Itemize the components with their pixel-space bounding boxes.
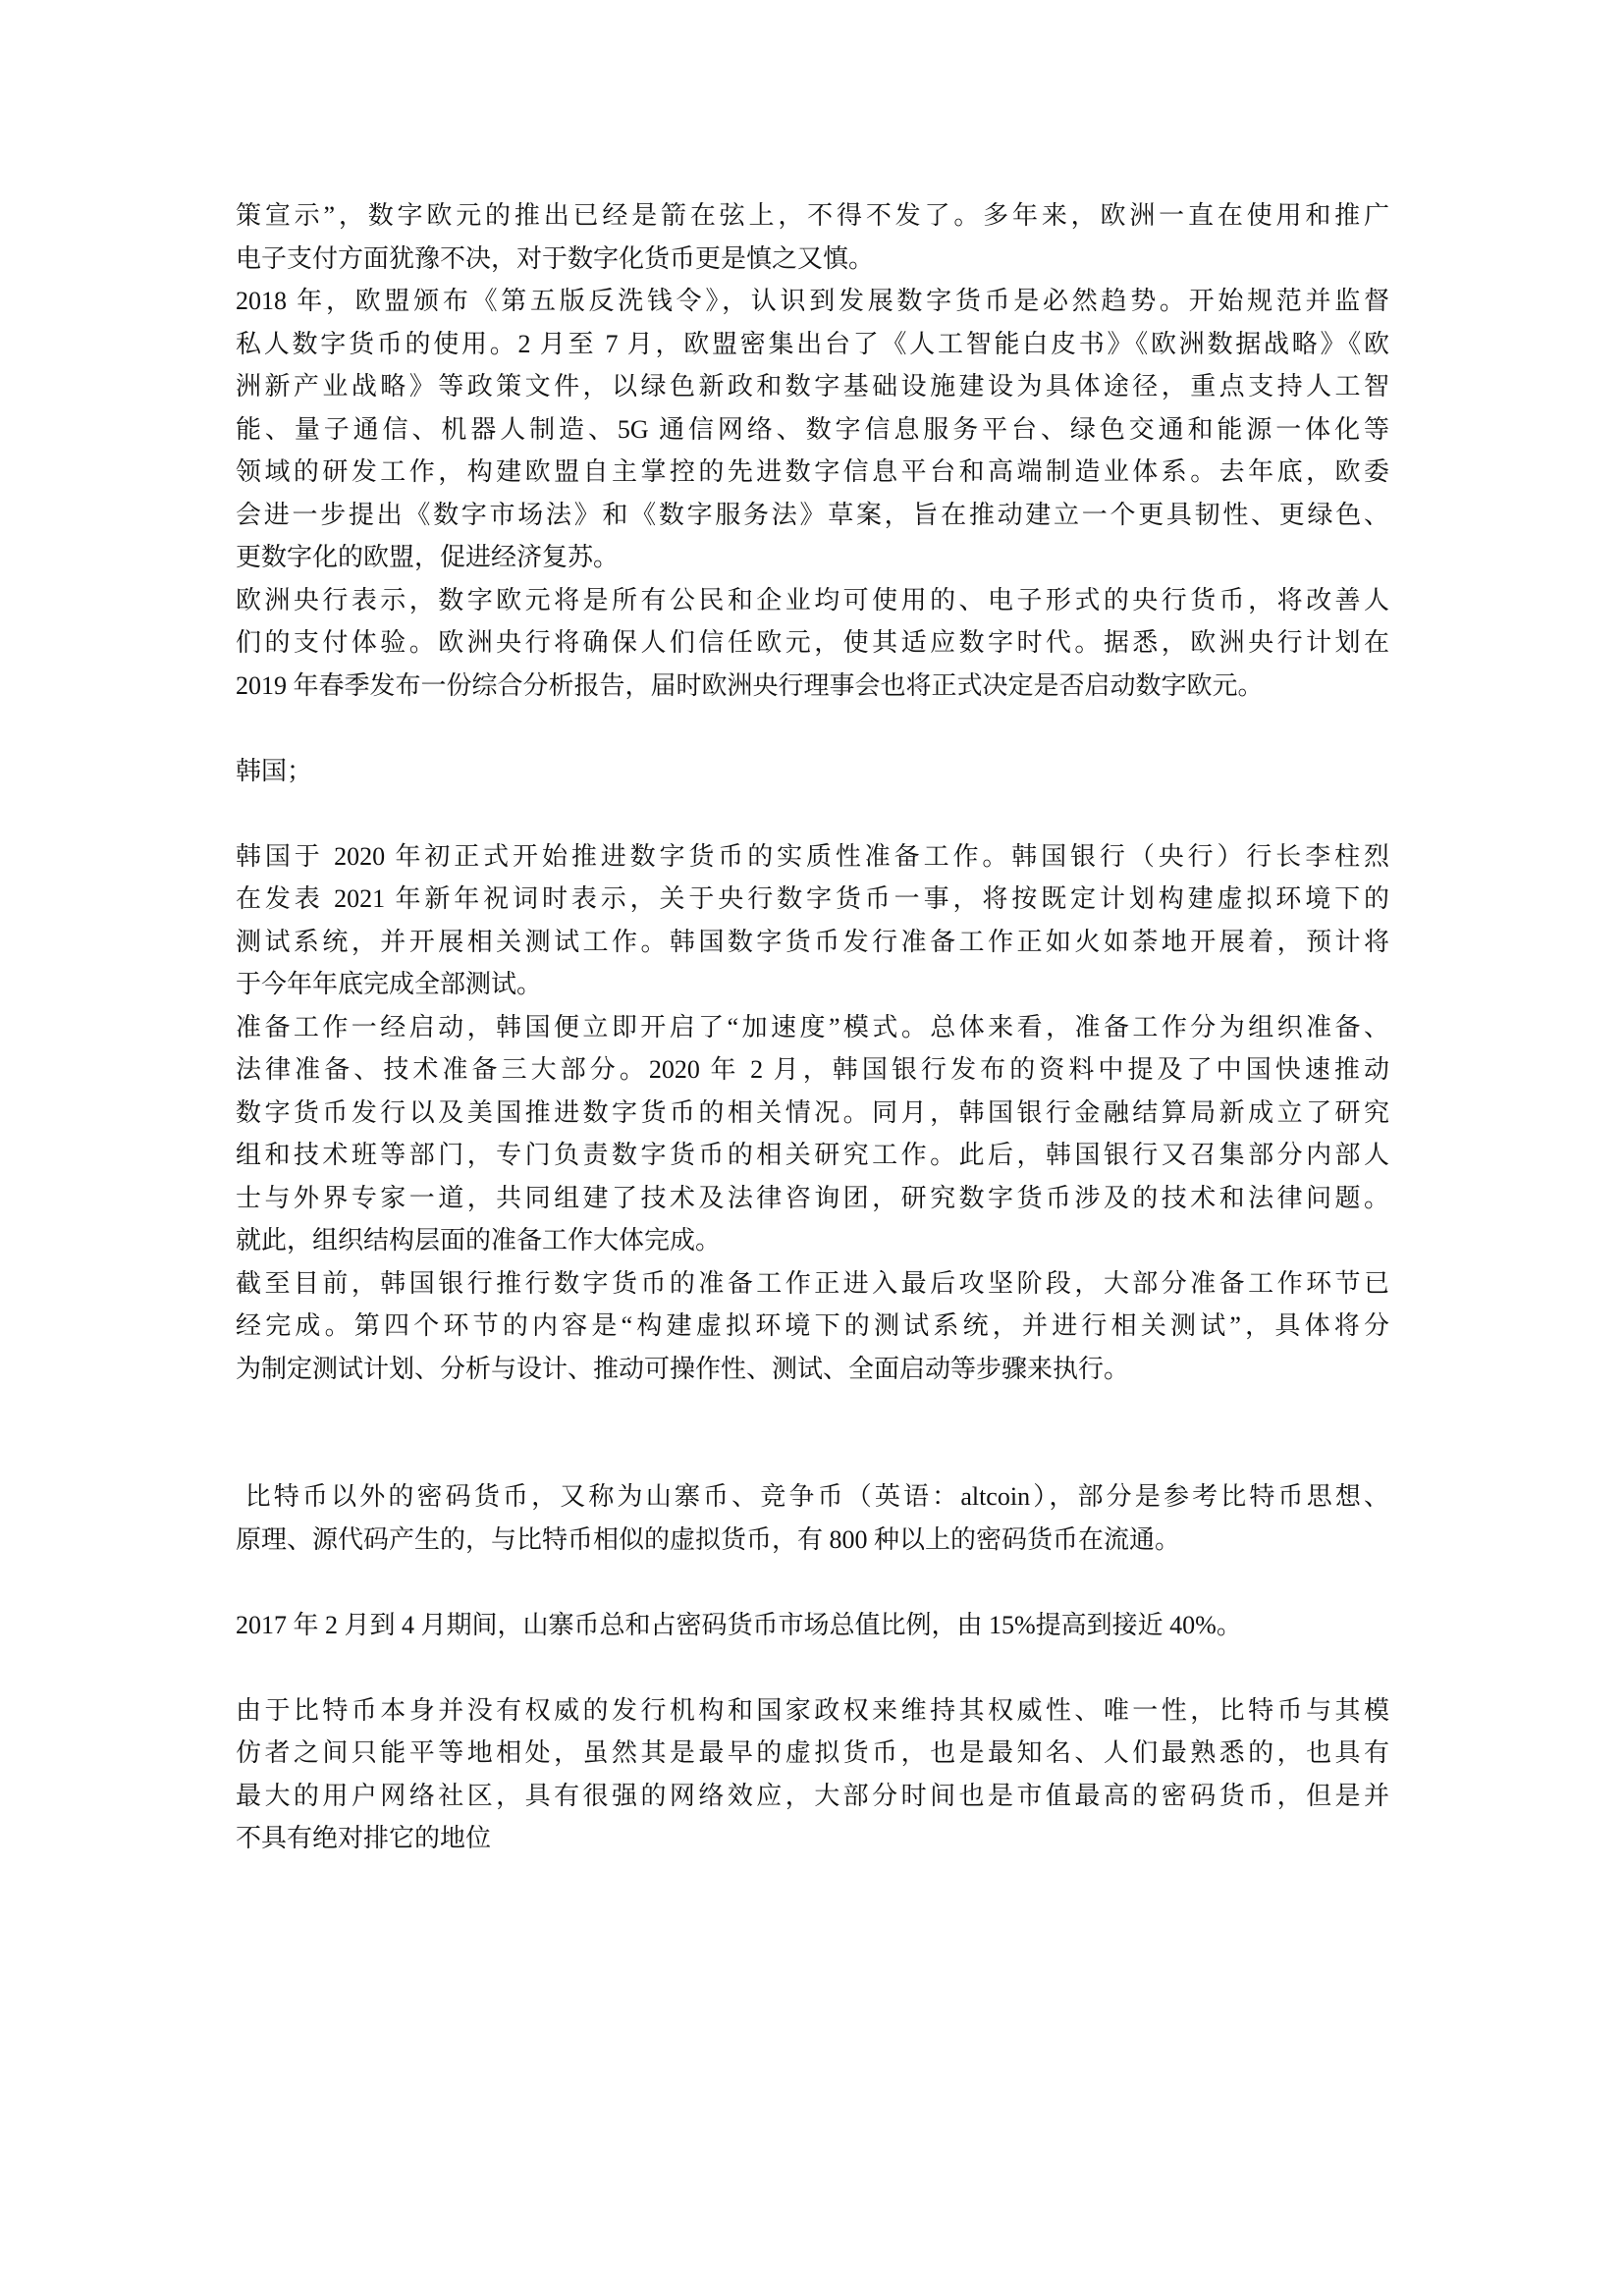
text-line: 2019 年春季发布一份综合分析报告，届时欧洲央行理事会也将正式决定是否启动数字… bbox=[236, 665, 1389, 708]
text-line: 电子支付方面犹豫不决，对于数字化货币更是慎之又慎。 bbox=[236, 238, 1389, 281]
text-line: 2017 年 2 月到 4 月期间，山寨币总和占密码货币市场总值比例，由 15%… bbox=[236, 1604, 1389, 1647]
p-eu-policy-2018: 2018 年，欧盟颁布《第五版反洗钱令》，认识到发展数字货币是必然趋势。开始规范… bbox=[236, 280, 1389, 579]
text-line: 测试系统，并开展相关测试工作。韩国数字货币发行准备工作正如火如荼地开展着，预计将 bbox=[236, 921, 1389, 964]
text-line: 最大的用户网络社区，具有很强的网络效应，大部分时间也是市值最高的密码货币，但是并 bbox=[236, 1775, 1389, 1818]
text-line: 数字货币发行以及美国推进数字货币的相关情况。同月，韩国银行金融结算局新成立了研究 bbox=[236, 1092, 1389, 1135]
text-line: 在发表 2021 年新年祝词时表示，关于央行数字货币一事，将按既定计划构建虚拟环… bbox=[236, 878, 1389, 921]
text-line: 不具有绝对排它的地位 bbox=[236, 1817, 1389, 1860]
p-bitcoin-position: 由于比特币本身并没有权威的发行机构和国家政权来维持其权威性、唯一性，比特币与其模… bbox=[236, 1689, 1389, 1860]
text-line: 为制定测试计划、分析与设计、推动可操作性、测试、全面启动等步骤来执行。 bbox=[236, 1348, 1389, 1391]
blank-line bbox=[236, 1561, 1389, 1604]
p-altcoin-marketshare: 2017 年 2 月到 4 月期间，山寨币总和占密码货币市场总值比例，由 15%… bbox=[236, 1604, 1389, 1647]
text-line: 准备工作一经启动，韩国便立即开启了“加速度”模式。总体来看，准备工作分为组织准备… bbox=[236, 1006, 1389, 1049]
text-line: 于今年年底完成全部测试。 bbox=[236, 963, 1389, 1006]
text-line: 韩国； bbox=[236, 750, 1389, 793]
text-line: 策宣示”，数字欧元的推出已经是箭在弦上，不得不发了。多年来，欧洲一直在使用和推广 bbox=[236, 194, 1389, 238]
text-line: 领域的研发工作，构建欧盟自主掌控的先进数字信息平台和高端制造业体系。去年底，欧委 bbox=[236, 451, 1389, 494]
p-euro-intro: 策宣示”，数字欧元的推出已经是箭在弦上，不得不发了。多年来，欧洲一直在使用和推广… bbox=[236, 194, 1389, 280]
text-line: 士与外界专家一道，共同组建了技术及法律咨询团，研究数字货币涉及的技术和法律问题。 bbox=[236, 1177, 1389, 1220]
text-line: 私人数字货币的使用。2 月至 7 月，欧盟密集出台了《人工智能白皮书》《欧洲数据… bbox=[236, 323, 1389, 366]
blank-line bbox=[236, 707, 1389, 750]
blank-line bbox=[236, 1390, 1389, 1433]
text-line: 能、量子通信、机器人制造、5G 通信网络、数字信息服务平台、绿色交通和能源一体化… bbox=[236, 408, 1389, 452]
document-body: 策宣示”，数字欧元的推出已经是箭在弦上，不得不发了。多年来，欧洲一直在使用和推广… bbox=[236, 194, 1389, 1860]
p-korea-heading: 韩国； bbox=[236, 750, 1389, 793]
text-line: 2018 年，欧盟颁布《第五版反洗钱令》，认识到发展数字货币是必然趋势。开始规范… bbox=[236, 280, 1389, 323]
text-line: 原理、源代码产生的，与比特币相似的虚拟货币，有 800 种以上的密码货币在流通。 bbox=[236, 1519, 1389, 1562]
text-line: 比特币以外的密码货币，又称为山寨币、竞争币（英语：altcoin），部分是参考比… bbox=[236, 1475, 1389, 1519]
text-line: 洲新产业战略》等政策文件，以绿色新政和数字基础设施建设为具体途径，重点支持人工智 bbox=[236, 365, 1389, 408]
p-altcoin-definition: 比特币以外的密码货币，又称为山寨币、竞争币（英语：altcoin），部分是参考比… bbox=[236, 1475, 1389, 1561]
blank-line bbox=[236, 792, 1389, 835]
text-line: 仿者之间只能平等地相处，虽然其是最早的虚拟货币，也是最知名、人们最熟悉的，也具有 bbox=[236, 1732, 1389, 1775]
p-korea-final-stage: 截至目前，韩国银行推行数字货币的准备工作正进入最后攻坚阶段，大部分准备工作环节已… bbox=[236, 1262, 1389, 1391]
text-line: 截至目前，韩国银行推行数字货币的准备工作正进入最后攻坚阶段，大部分准备工作环节已 bbox=[236, 1262, 1389, 1306]
blank-line bbox=[236, 1646, 1389, 1689]
blank-line bbox=[236, 1433, 1389, 1476]
text-line: 更数字化的欧盟，促进经济复苏。 bbox=[236, 536, 1389, 579]
text-line: 组和技术班等部门，专门负责数字货币的相关研究工作。此后，韩国银行又召集部分内部人 bbox=[236, 1134, 1389, 1177]
text-line: 们的支付体验。欧洲央行将确保人们信任欧元，使其适应数字时代。据悉，欧洲央行计划在 bbox=[236, 621, 1389, 665]
text-line: 韩国于 2020 年初正式开始推进数字货币的实质性准备工作。韩国银行（央行）行长… bbox=[236, 835, 1389, 879]
text-line: 法律准备、技术准备三大部分。2020 年 2 月，韩国银行发布的资料中提及了中国… bbox=[236, 1048, 1389, 1092]
p-korea-acceleration: 准备工作一经启动，韩国便立即开启了“加速度”模式。总体来看，准备工作分为组织准备… bbox=[236, 1006, 1389, 1262]
text-line: 就此，组织结构层面的准备工作大体完成。 bbox=[236, 1219, 1389, 1262]
text-line: 经完成。第四个环节的内容是“构建虚拟环境下的测试系统，并进行相关测试”，具体将分 bbox=[236, 1305, 1389, 1348]
text-line: 由于比特币本身并没有权威的发行机构和国家政权来维持其权威性、唯一性，比特币与其模 bbox=[236, 1689, 1389, 1733]
text-line: 会进一步提出《数字市场法》和《数字服务法》草案，旨在推动建立一个更具韧性、更绿色… bbox=[236, 494, 1389, 537]
text-line: 欧洲央行表示，数字欧元将是所有公民和企业均可使用的、电子形式的央行货币，将改善人 bbox=[236, 579, 1389, 622]
p-ecb-statement: 欧洲央行表示，数字欧元将是所有公民和企业均可使用的、电子形式的央行货币，将改善人… bbox=[236, 579, 1389, 708]
p-korea-preparation: 韩国于 2020 年初正式开始推进数字货币的实质性准备工作。韩国银行（央行）行长… bbox=[236, 835, 1389, 1006]
